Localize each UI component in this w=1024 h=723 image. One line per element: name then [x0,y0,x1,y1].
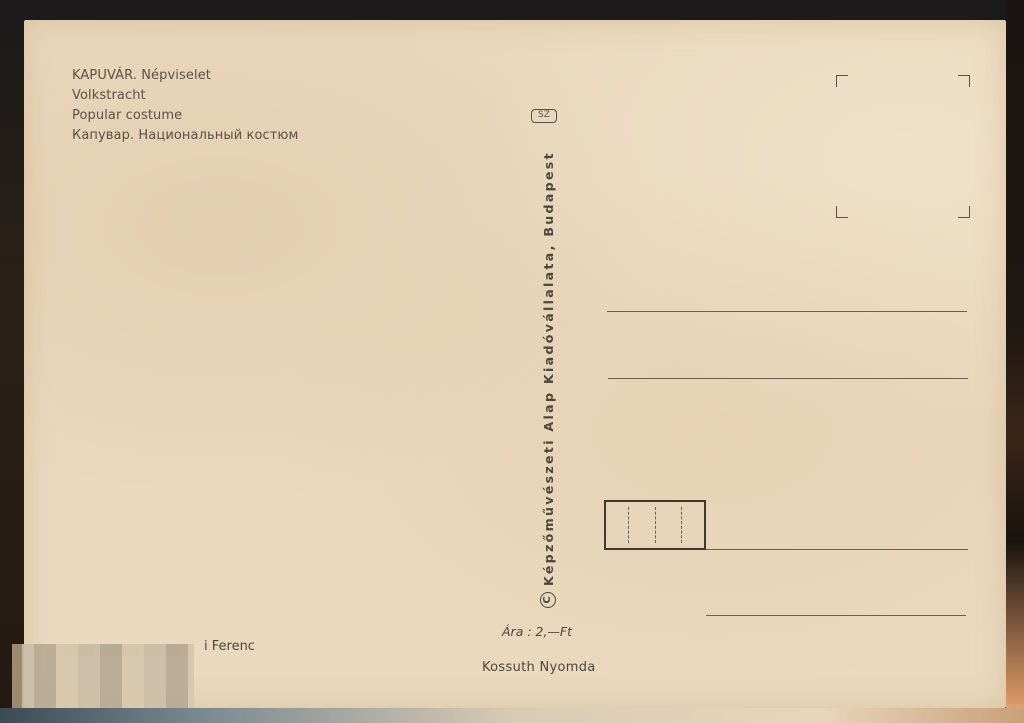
address-line-1 [607,311,967,312]
publisher-imprint: C Képzőművészeti Alap Kiadóvállalata, Bu… [540,151,556,608]
postal-code-divider [681,507,682,543]
price-label: Ára : 2,—Ft [502,624,572,639]
redaction-block [12,644,194,708]
address-line-2 [608,378,968,379]
caption-hungarian: KAPUVÁR. Népviselet [72,66,298,86]
scan-edge-right [1006,0,1024,723]
photo-credit-suffix: i Ferenc [204,639,255,654]
stamp-corner-bottom-left-icon [836,206,848,218]
copyright-icon: C [540,592,556,608]
postal-code-divider [655,507,656,543]
caption-german: Volkstracht [72,86,298,106]
caption-english: Popular costume [72,106,298,126]
stamp-corner-bottom-right-icon [958,206,970,218]
stamp-corner-top-right-icon [958,75,970,87]
publisher-name: Képzőművészeti Alap Kiadóvállalata, Buda… [541,151,556,586]
printer-name: Kossuth Nyomda [482,660,596,675]
postcard-caption: KAPUVÁR. Népviselet Volkstracht Popular … [72,66,298,146]
publisher-logo: SZ [531,109,557,123]
caption-russian: Капувар. Национальный костюм [72,126,298,146]
postal-code-divider [628,507,629,543]
postal-code-box [604,500,706,550]
address-line-3 [706,549,968,550]
address-line-4 [706,615,966,616]
stamp-corner-top-left-icon [836,75,848,87]
scan-edge-bottom [0,708,1024,723]
